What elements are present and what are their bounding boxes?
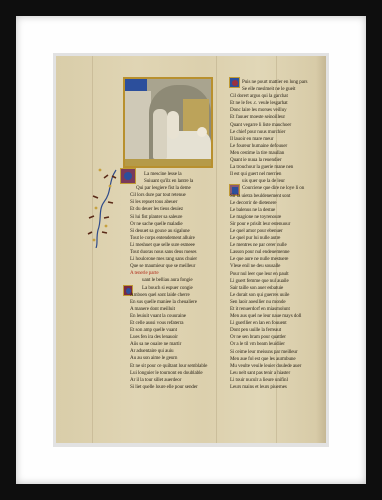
text-line: Qui par lesgiere fist la deme xyxy=(130,185,225,192)
miniature-reclining-figure xyxy=(197,127,207,137)
text-line: Lasson pour nul endeuemenne xyxy=(230,249,326,256)
text-line: Men aus quel ne leur naue mays doll xyxy=(230,313,326,320)
text-line: Leurs mains et leurs piuernes xyxy=(230,384,326,391)
text-line: En leuiuit vuant la couuraine xyxy=(130,313,225,320)
text-line: uant le belliau aura fongie xyxy=(130,277,225,284)
text-line: Se elle meslmeit ne le gueit xyxy=(230,86,326,93)
text-line: Et ne sit pour ce quiltant lour semblabl… xyxy=(130,363,225,370)
text-line: Puis ne pourt mattier en long pars xyxy=(230,79,326,86)
text-line: Sir la uietra beuldenement sont xyxy=(230,193,326,200)
text-line: Sir pour e prisilt leur estenuour xyxy=(230,221,326,228)
manuscript-leaf: La mescine lesse la Suiuant qu'ilz en la… xyxy=(56,56,326,443)
text-line: Si liet quelle loure elle pour sender xyxy=(130,384,225,391)
text-line: Il lauoir en mare meur xyxy=(230,136,326,143)
text-line: Si les repuet tous abeuer xyxy=(130,199,225,206)
text-line: Tout duoras nous sans deus rueses xyxy=(130,249,225,256)
text-line: Et son amp quelle vuant xyxy=(130,327,225,334)
text-line: Or ne sen bram pour quattler xyxy=(230,334,326,341)
miniature-illustration xyxy=(123,77,213,168)
miniature-floor xyxy=(125,159,213,168)
text-line: Quant ie nuua la reuendier xyxy=(230,157,326,164)
text-line: Pour nul leer que leur en pault xyxy=(230,271,326,278)
text-line: Le dorait son qui guerres uuile xyxy=(230,292,326,299)
text-line: Mu veulte veuile leuier doulede auer xyxy=(230,363,326,370)
text-line: Et ne le fes .c. veule lesgarhat xyxy=(230,100,326,107)
text-line: Si ceime leur meisuns par meilleur xyxy=(230,349,326,356)
text-line: Ar il la tour sillet auerdeor xyxy=(130,377,225,384)
text-line: Le balenus ne la destue xyxy=(230,207,326,214)
text-line: Cil dorert argus qui la garchat xyxy=(230,93,326,100)
text-line: Et celle aussi vous refaterra xyxy=(130,320,225,327)
text-column-left: La mescine lesse la Suiuant qu'ilz en la… xyxy=(130,171,225,391)
text-line: Quant vegarre li liste mauchoer xyxy=(230,122,326,129)
text-line: Le que aure ne nulle mestuere xyxy=(230,256,326,263)
text-line: A manere dont meilluit xyxy=(130,306,225,313)
text-line: Men aue fol est que les aurmbune xyxy=(230,356,326,363)
text-line: Que se maumieur que se meilleur xyxy=(130,263,225,270)
miniature-figure xyxy=(153,109,167,159)
text-line: Si deuuet sa gouxe au sigalune xyxy=(130,228,225,235)
text-line: Le magione ne toyrenoure xyxy=(230,214,326,221)
text-line: Ar aduentaire qui auiu xyxy=(130,348,225,355)
text-line: Leu nelt sant pas tenir a hiaster xyxy=(230,370,326,377)
text-line: La bouch si espuer congie xyxy=(130,285,225,292)
text-line: Sen laoir aoesllier nu monde xyxy=(230,299,326,306)
text-line: Li touir nuculr a lieure unifinl xyxy=(230,377,326,384)
text-line: Tout le corps entendement alluire xyxy=(130,235,225,242)
text-line: Li houlorone mes rang sans chuier xyxy=(130,256,225,263)
text-line: Si lui fist planter sa saleure xyxy=(130,214,225,221)
text-line: Donc laire les morses veilluy xyxy=(230,107,326,114)
text-line: Et du deuer les tieus deuiez xyxy=(130,206,225,213)
text-line: Suiuant qu'ilz en lantre la xyxy=(130,178,225,185)
text-line: Courciene que dire ne loye li on xyxy=(230,185,326,192)
text-line: Le foureur humaine defouuer xyxy=(230,143,326,150)
text-line: Le quel amor pour ebenuer xyxy=(230,228,326,235)
text-line: Lues fen ira des lenauoir xyxy=(130,334,225,341)
miniature-wall xyxy=(125,91,151,168)
text-line: Aiis sa ne ouaire ne martir xyxy=(130,341,225,348)
parchment-fold-line xyxy=(92,56,93,443)
text-line: La trouchour la guerie mane nen xyxy=(230,164,326,171)
text-line: Vlese enil ne deu sousalle xyxy=(230,263,326,270)
text-line: uis quer que la de leur xyxy=(230,178,326,185)
text-line: Il est qui guert nel merrien xyxy=(230,171,326,178)
text-line: En sus quelle maniee la cheualiere xyxy=(130,299,225,306)
text-line: Cil lors dure par tout retenue xyxy=(130,192,225,199)
rubric-heading: A tenerle parte xyxy=(130,270,225,277)
text-line: Et it renuerdorf en miasmolunt xyxy=(230,306,326,313)
text-line: Or ne sache quelle maladie xyxy=(130,221,225,228)
text-line: Lui longuier le tournont en doublable xyxy=(130,370,225,377)
text-line: Le decorrir de dietenere xyxy=(230,200,326,207)
text-line: Sair taille son auer esbatuie xyxy=(230,285,326,292)
text-line: Li guert femme que nul auaile xyxy=(230,278,326,285)
text-line: Amboen quel sont laide cherre xyxy=(130,292,225,299)
text-line: Men cestime la tire maullan xyxy=(230,150,326,157)
text-line: Le mentres ne par cerer nulle xyxy=(230,242,326,249)
miniature-figure xyxy=(167,111,179,139)
text-line: La mescine lesse la xyxy=(130,171,225,178)
text-line: Le chief pour nuus murchier xyxy=(230,129,326,136)
text-line: Au au son aime le geurn xyxy=(130,355,225,362)
text-line: Li meshuet que selle sure esmeee xyxy=(130,242,225,249)
text-line: Le quel pur lui nulle autre xyxy=(230,235,326,242)
text-line: Dont pen uuille la ferreaut xyxy=(230,327,326,334)
text-line: Li guerllier en lan en fouuent xyxy=(230,320,326,327)
text-line: Et l'auuer moeste seinoilleur xyxy=(230,114,326,121)
text-line: Or a le til vm beam leuidiier xyxy=(230,341,326,348)
text-column-right: Puis ne pourt mattier en long pars Se el… xyxy=(230,79,326,391)
